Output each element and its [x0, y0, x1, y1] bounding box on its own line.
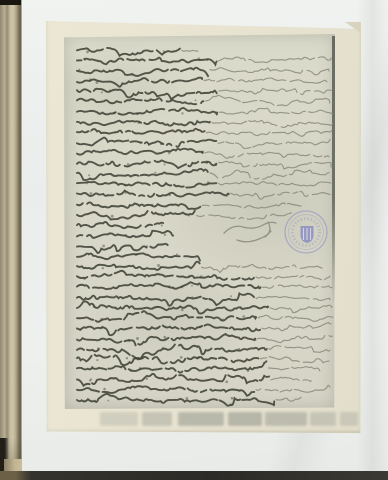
handwriting-line [77, 48, 198, 56]
photographed-manuscript [0, 0, 388, 480]
handwriting-overlay [0, 0, 388, 480]
stamp-shield-emblem [301, 226, 314, 243]
handwriting-line [77, 78, 327, 87]
handwriting-line [77, 138, 330, 149]
handwriting-line [77, 231, 173, 238]
handwriting-line [77, 129, 332, 136]
handwriting-line [77, 160, 331, 169]
handwriting-line [77, 323, 331, 336]
handwriting-line [77, 88, 331, 99]
photo-bottom-edge [0, 471, 388, 480]
handwriting-line [77, 120, 333, 127]
handwriting-line [77, 293, 330, 305]
handwriting-line [77, 181, 331, 187]
archive-stamp [285, 211, 327, 253]
handwriting-line [77, 394, 301, 406]
handwriting-line [77, 149, 329, 159]
handwriting-line [77, 334, 332, 345]
handwriting-line [77, 95, 330, 106]
handwriting-line [77, 253, 200, 260]
handwriting-line [77, 169, 329, 180]
handwriting-line [77, 108, 332, 115]
handwriting-line [77, 222, 163, 228]
handwriting-line [77, 211, 291, 220]
signature-flourish [224, 222, 276, 242]
handwriting-line [77, 355, 329, 365]
handwriting-line [77, 374, 311, 386]
handwriting-line [77, 202, 301, 209]
handwriting-line [77, 191, 330, 199]
handwriting-line [77, 262, 322, 273]
handwriting-line [77, 361, 320, 372]
handwriting-line [77, 244, 168, 253]
handwriting-line [77, 271, 330, 280]
handwriting-line [77, 301, 332, 313]
handwriting-line [77, 282, 332, 289]
handwriting-line [77, 67, 329, 76]
handwriting-line [77, 57, 331, 65]
handwriting-line [77, 385, 330, 395]
handwriting-line [77, 344, 330, 359]
